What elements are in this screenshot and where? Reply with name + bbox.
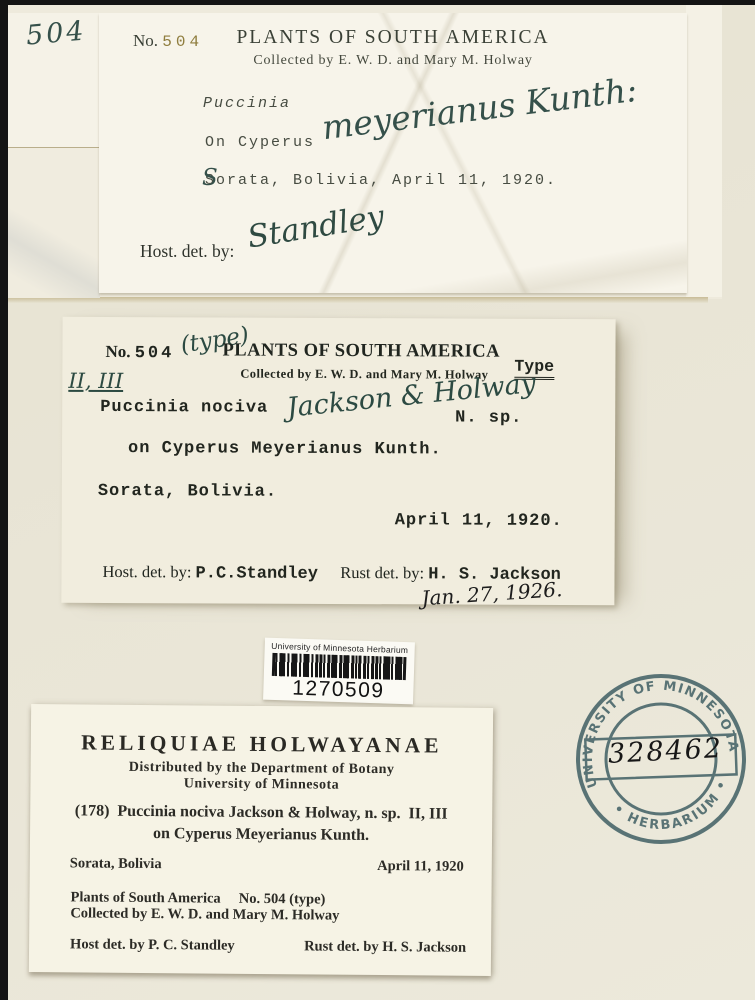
host-typed-line: On Cyperus	[205, 134, 315, 151]
locality-line: Sorata, Bolivia, April 11, 1920.	[205, 172, 557, 189]
nsp-text: N. sp.	[455, 409, 522, 428]
dist-host-det: Host det. by P. C. Standley	[70, 936, 235, 954]
dist-species-line: (178) Puccinia nociva Jackson & Holway, …	[30, 802, 492, 824]
dist-rust-det: Rust det. by H. S. Jackson	[304, 938, 466, 956]
genus-line: Puccinia	[203, 95, 291, 112]
packet-label: No. 504 PLANTS OF SOUTH AMERICA Collecte…	[99, 13, 687, 293]
stamp-accession-number: 328462	[607, 733, 718, 770]
date-line: April 11, 1920.	[395, 511, 563, 531]
host-det-value: P.C.Standley	[196, 564, 319, 584]
dist-host-line: on Cyperus Meyerianus Kunth.	[30, 824, 492, 846]
handwritten-s-overstrike: S	[202, 165, 218, 191]
packet-shadow	[8, 297, 708, 303]
dist-determination-row: Host det. by P. C. Standley Rust det. by…	[70, 936, 466, 956]
barcode-label: University of Minnesota Herbarium 127050…	[263, 638, 415, 705]
dist-collected-line: Collected by E. W. D. and Mary M. Holway	[70, 905, 339, 924]
host-det-signature: Standley	[245, 198, 387, 255]
dist-date: April 11, 1920	[377, 858, 464, 876]
distribution-label: RELIQUIAE HOLWAYANAE Distributed by the …	[29, 704, 493, 976]
photo-dark-edge-left	[0, 0, 8, 1000]
packet-title: PLANTS OF SOUTH AMERICA	[99, 27, 687, 49]
type-label-title: PLANTS OF SOUTH AMERICA	[222, 340, 500, 362]
dist-title: RELIQUIAE HOLWAYANAE	[31, 730, 493, 759]
handwritten-stages: II, III	[68, 369, 123, 393]
herbarium-sheet-photo: 504 No. 504 PLANTS OF SOUTH AMERICA Coll…	[0, 0, 755, 1000]
dist-locality-row: Sorata, Bolivia April 11, 1920	[70, 855, 464, 875]
species-line: Puccinia nociva	[100, 398, 268, 418]
host-line: on Cyperus Meyerianus Kunth.	[128, 439, 442, 459]
number-value: 504	[135, 344, 175, 363]
type-number-line: No. 504	[105, 342, 174, 363]
host-det-label: Host. det. by:	[102, 562, 191, 581]
barcode-number: 1270509	[263, 676, 414, 705]
packet-left-flap-lower	[8, 147, 100, 298]
number-prefix: No.	[105, 342, 130, 361]
handwritten-corner-number: 504	[25, 15, 88, 51]
handwritten-host-annotation: meyerianus Kunth:	[320, 70, 639, 147]
dist-subtitle-2: University of Minnesota	[30, 775, 492, 795]
locality-line: Sorata, Bolivia.	[98, 482, 277, 502]
type-label: No. 504 (type) PLANTS OF SOUTH AMERICA C…	[61, 317, 615, 605]
packet-subtitle: Collected by E. W. D. and Mary M. Holway	[99, 53, 687, 69]
packet-right-flap	[686, 5, 722, 297]
host-det-label: Host. det. by:	[140, 241, 234, 262]
rust-det-label: Rust det. by:	[340, 563, 424, 582]
dist-locality: Sorata, Bolivia	[70, 855, 162, 873]
